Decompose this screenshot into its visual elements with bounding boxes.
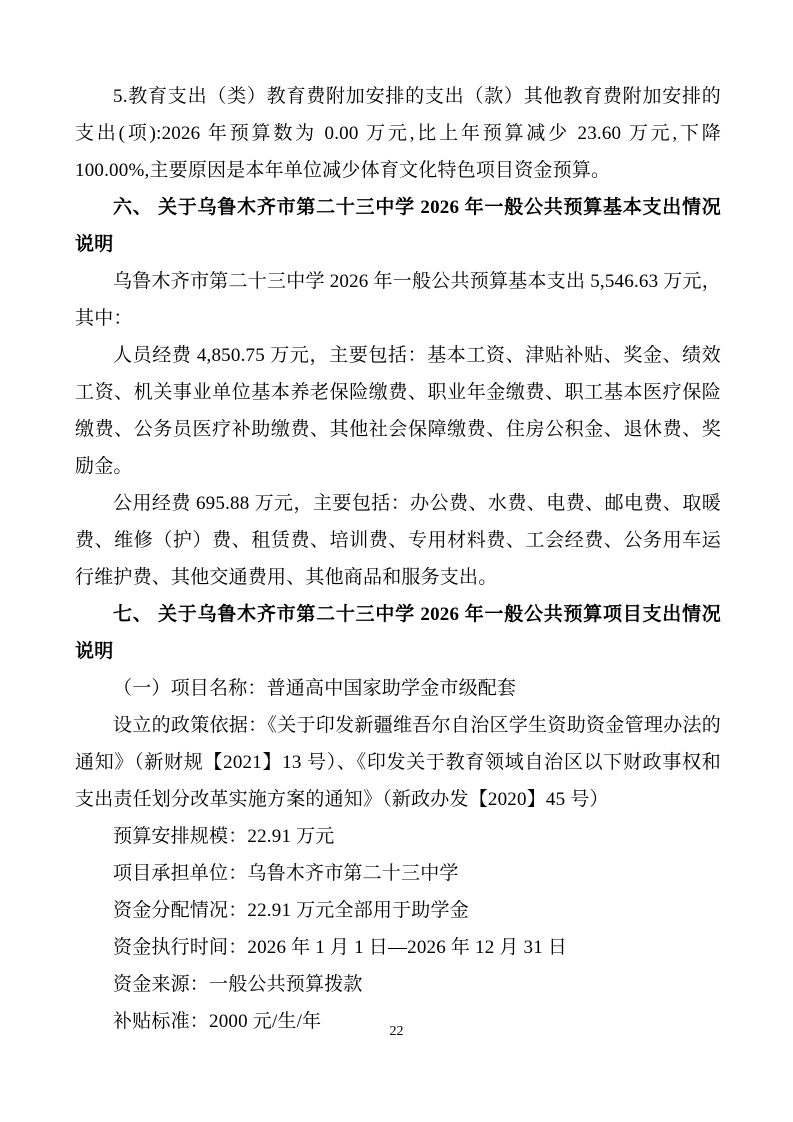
para-budget-scale: 预算安排规模：22.91 万元 (75, 818, 721, 855)
para-project-name: （一）项目名称：普通高中国家助学金市级配套 (75, 670, 721, 707)
para-fund-source: 资金来源：一般公共预算拨款 (75, 966, 721, 1003)
para-fund-allocation: 资金分配情况：22.91 万元全部用于助学金 (75, 892, 721, 929)
para-policy-basis: 设立的政策依据：《关于印发新疆维吾尔自治区学生资助资金管理办法的通知》（新财规【… (75, 707, 721, 818)
para-basic-expenditure-total: 乌鲁木齐市第二十三中学 2026 年一般公共预算基本支出 5,546.63 万元… (75, 263, 721, 337)
document-body: 5.教育支出（类）教育费附加安排的支出（款）其他教育费附加安排的支出(项):20… (75, 78, 721, 1040)
heading-section-7-project-expenditure: 七、 关于乌鲁木齐市第二十三中学 2026 年一般公共预算项目支出情况说明 (75, 596, 721, 670)
para-education-surtax-expenditure: 5.教育支出（类）教育费附加安排的支出（款）其他教育费附加安排的支出(项):20… (75, 78, 721, 189)
para-fund-execution-time: 资金执行时间：2026 年 1 月 1 日—2026 年 12 月 31 日 (75, 929, 721, 966)
para-personnel-funds: 人员经费 4,850.75 万元，主要包括：基本工资、津贴补贴、奖金、绩效工资、… (75, 337, 721, 485)
para-undertaking-unit: 项目承担单位：乌鲁木齐市第二十三中学 (75, 855, 721, 892)
heading-section-6-basic-expenditure: 六、 关于乌鲁木齐市第二十三中学 2026 年一般公共预算基本支出情况说明 (75, 189, 721, 263)
para-public-funds: 公用经费 695.88 万元，主要包括：办公费、水费、电费、邮电费、取暖费、维修… (75, 485, 721, 596)
page-number: 22 (0, 1022, 793, 1042)
document-page: 5.教育支出（类）教育费附加安排的支出（款）其他教育费附加安排的支出(项):20… (0, 0, 793, 1122)
